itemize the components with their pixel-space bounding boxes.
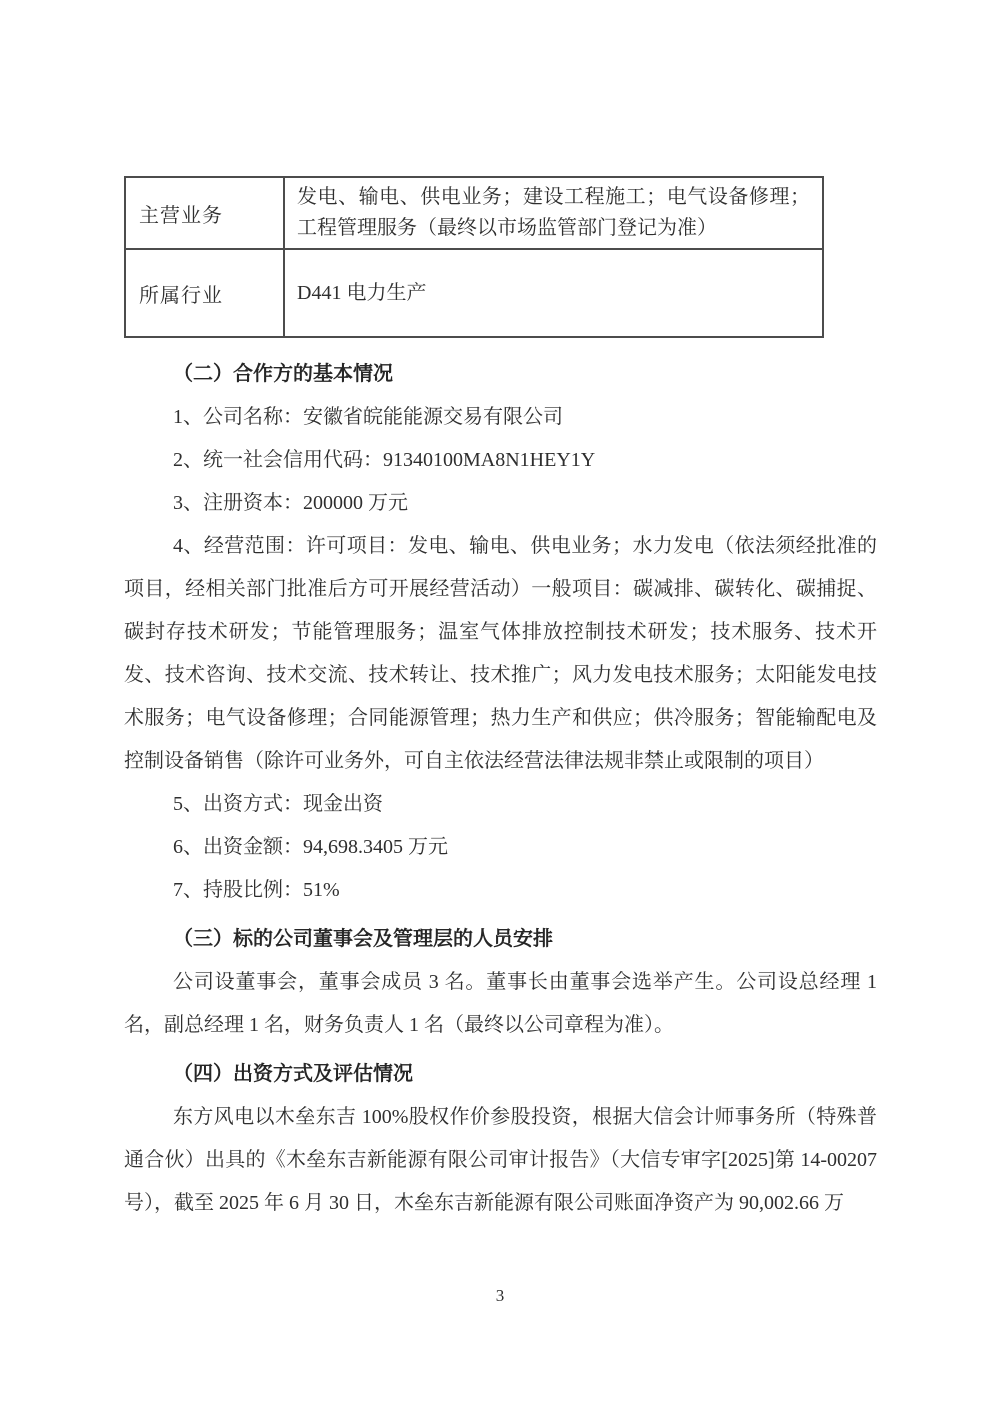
item-company-name: 1、公司名称：安徽省皖能能源交易有限公司 xyxy=(124,396,877,439)
section-heading-board-arrangement: （三）标的公司董事会及管理层的人员安排 xyxy=(124,918,877,961)
section-heading-valuation: （四）出资方式及评估情况 xyxy=(124,1053,877,1096)
item-shareholding-ratio: 7、持股比例：51% xyxy=(124,869,877,912)
item-credit-code: 2、统一社会信用代码：91340100MA8N1HEY1Y xyxy=(124,439,877,482)
table-row-main-business: 主营业务 发电、输电、供电业务；建设工程施工；电气设备修理；工程管理服务（最终以… xyxy=(125,177,823,249)
item-contribution-method: 5、出资方式：现金出资 xyxy=(124,783,877,826)
document-page: 主营业务 发电、输电、供电业务；建设工程施工；电气设备修理；工程管理服务（最终以… xyxy=(0,0,1000,1414)
section-heading-partner-basic-info: （二）合作方的基本情况 xyxy=(124,353,877,396)
item-business-scope: 4、经营范围：许可项目：发电、输电、供电业务；水力发电（依法须经批准的项目，经相… xyxy=(124,525,877,783)
table-row-industry: 所属行业 D441 电力生产 xyxy=(125,249,823,337)
company-info-table: 主营业务 发电、输电、供电业务；建设工程施工；电气设备修理；工程管理服务（最终以… xyxy=(124,176,824,338)
table-label-main-business: 主营业务 xyxy=(125,177,284,249)
item-registered-capital: 3、注册资本：200000 万元 xyxy=(124,482,877,525)
item-contribution-amount: 6、出资金额：94,698.3405 万元 xyxy=(124,826,877,869)
paragraph-valuation: 东方风电以木垒东吉 100%股权作价参股投资，根据大信会计师事务所（特殊普通合伙… xyxy=(124,1096,877,1225)
table-label-industry: 所属行业 xyxy=(125,249,284,337)
paragraph-board-arrangement: 公司设董事会，董事会成员 3 名。董事长由董事会选举产生。公司设总经理 1 名，… xyxy=(124,961,877,1047)
document-body: （二）合作方的基本情况 1、公司名称：安徽省皖能能源交易有限公司 2、统一社会信… xyxy=(124,353,877,1225)
page-number: 3 xyxy=(0,1286,1000,1306)
table-value-industry: D441 电力生产 xyxy=(284,249,823,337)
table-value-main-business: 发电、输电、供电业务；建设工程施工；电气设备修理；工程管理服务（最终以市场监管部… xyxy=(284,177,823,249)
